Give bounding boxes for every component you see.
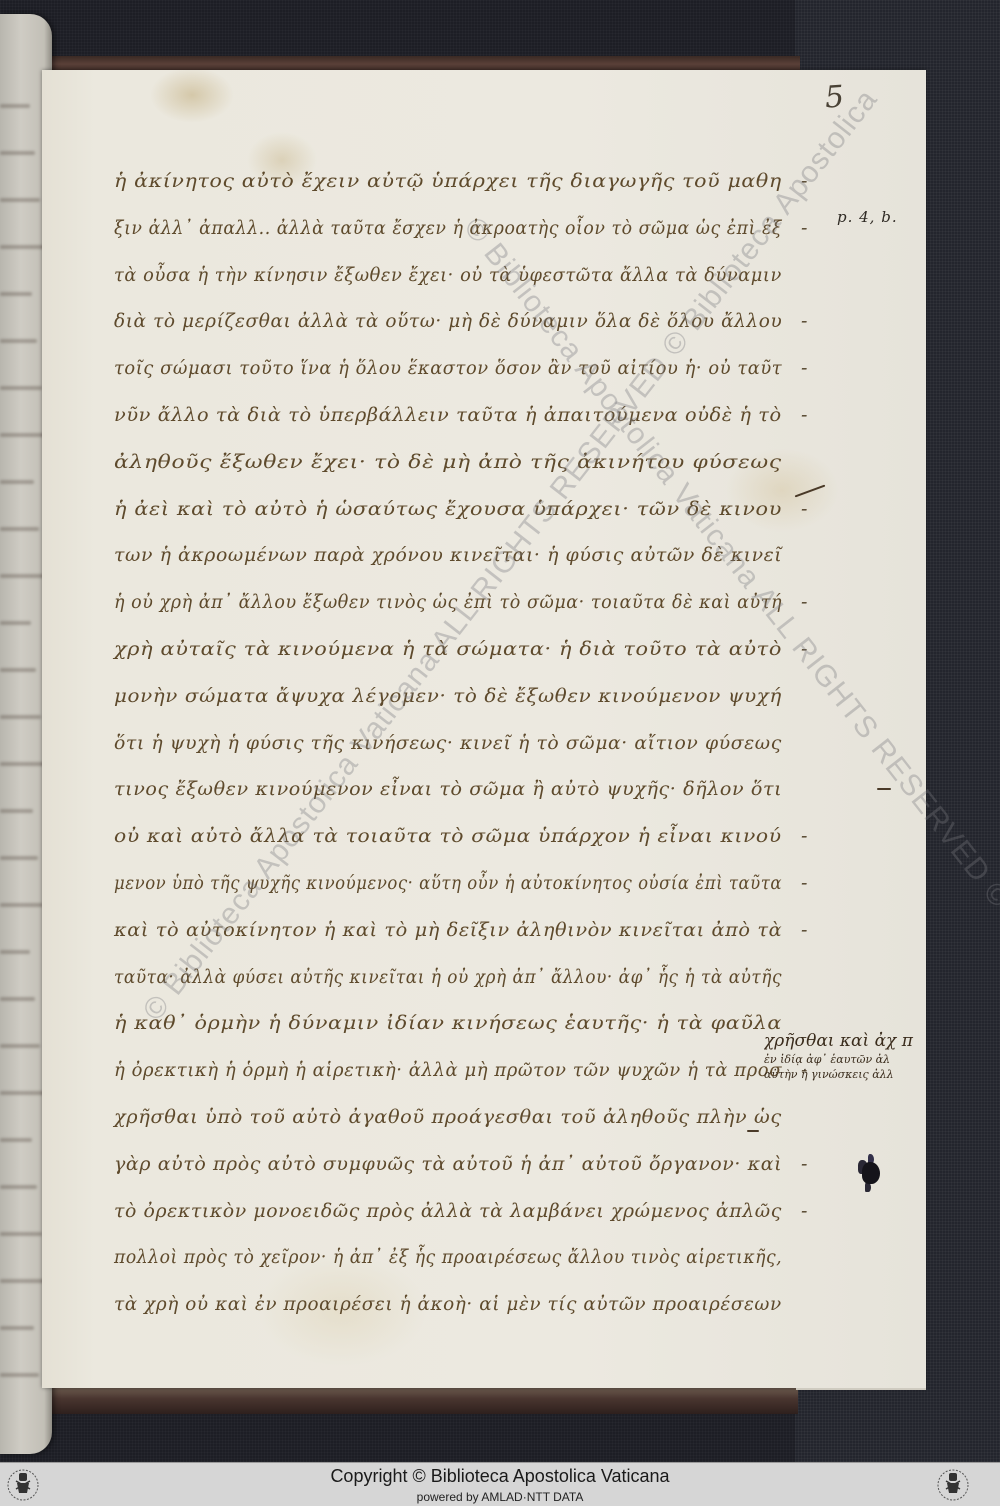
marginal-reference: p. 4, b.: [837, 208, 898, 226]
manuscript-line: χρῆσθαι ὑπὸ τοῦ αὐτὸ ἀγαθοῦ προάγεσθαι τ…: [114, 1094, 794, 1141]
facing-page-ghost-line: [0, 292, 32, 296]
manuscript-line: τὰ χρὴ οὐ καὶ ἐν προαιρέσει ἡ ἀκοὴ· αἱ μ…: [114, 1281, 794, 1328]
facing-page-ghost-line: [0, 245, 45, 249]
manuscript-line: ὅτι ἡ ψυχὴ ἡ φύσις τῆς κινήσεως· κινεῖ ἡ…: [114, 720, 794, 767]
manuscript-line-text: χρῆσθαι ὑπὸ τοῦ αὐτὸ ἀγαθοῦ προάγεσθαι τ…: [114, 1094, 782, 1141]
marginal-note-line: αὐτὴν ἡ γινώσκεις ἀλλ: [764, 1067, 934, 1082]
line-end-hyphen: -: [801, 1188, 808, 1235]
facing-page-ghost-line: [0, 480, 34, 484]
manuscript-line: ἡ καθ᾽ ὁρμὴν ἡ δύναμιν ἰδίαν κινήσεως ἑα…: [114, 1000, 794, 1047]
manuscript-line: ταῦτα· ἀλλὰ φύσει αὐτῆς κινεῖται ἡ οὐ χρ…: [114, 954, 794, 1001]
margin-pen-stroke: [795, 485, 826, 498]
facing-page-ghost-line: [0, 1232, 42, 1236]
facing-page-ghost-line: [0, 1326, 34, 1330]
facing-page-ghost-line: [0, 1185, 37, 1189]
facing-page-ghost-line: [0, 809, 33, 813]
facing-page-ghost-line: [0, 715, 41, 719]
line-end-hyphen: -: [801, 345, 808, 392]
manuscript-line-text: μενον ὑπὸ τῆς ψυχῆς κινούμενος· αὕτη οὖν…: [114, 860, 782, 907]
line-end-hyphen: -: [801, 298, 808, 345]
facing-page-ghost-line: [0, 1373, 39, 1377]
marginal-note: χρῆσθαι καὶ ἀχ π ἐν ἰδίᾳ ἀφ᾽ ἑαυτῶν ἀλ α…: [764, 1030, 934, 1082]
manuscript-line: μενον ὑπὸ τῆς ψυχῆς κινούμενος· αὕτη οὖν…: [114, 860, 794, 907]
manuscript-line: τὰ οὖσα ἡ τὴν κίνησιν ἔξωθεν ἔχει· οὐ τὰ…: [114, 252, 794, 299]
facing-page-ghost-line: [0, 151, 35, 155]
powered-by-text: powered by AMLAD·NTT DATA: [0, 1490, 1000, 1504]
facing-page-ghost-line: [0, 762, 46, 766]
facing-page-ghost-line: [0, 198, 40, 202]
facing-page-ghost-line: [0, 574, 44, 578]
manuscript-line: γὰρ αὐτὸ πρὸς αὐτὸ συμφυῶς τὰ αὐτοῦ ἡ ἀπ…: [114, 1141, 794, 1188]
manuscript-line-text: ἡ καθ᾽ ὁρμὴν ἡ δύναμιν ἰδίαν κινήσεως ἑα…: [114, 1000, 782, 1047]
manuscript-line-text: ἡ ἀκίνητος αὐτὸ ἔχειν αὐτῷ ὑπάρχει τῆς δ…: [114, 158, 782, 205]
line-end-hyphen: -: [801, 813, 808, 860]
line-end-hyphen: -: [801, 907, 808, 954]
folio-bottom-edge: [796, 1388, 926, 1390]
manuscript-line-text: ἡ ὀρεκτικὴ ἡ ὁρμὴ ἡ αἱρετικὴ· ἀλλὰ μὴ πρ…: [114, 1047, 782, 1094]
facing-page-ghost-line: [0, 104, 30, 108]
manuscript-line: τοῖς σώμασι τοῦτο ἵνα ἡ ὅλου ἕκαστον ὅσο…: [114, 345, 794, 392]
copyright-footer: Copyright © Biblioteca Apostolica Vatica…: [0, 1462, 1000, 1506]
margin-pen-stroke: [877, 788, 891, 790]
manuscript-line: τινος ἔξωθεν κινούμενον εἶναι τὸ σῶμα ἢ …: [114, 766, 794, 813]
manuscript-line-text: ὅτι ἡ ψυχὴ ἡ φύσις τῆς κινήσεως· κινεῖ ἡ…: [114, 720, 782, 767]
manuscript-line-text: πολλοὶ πρὸς τὸ χεῖρον· ἡ ἀπ᾽ ἐξ ἧς προαι…: [114, 1234, 782, 1281]
facing-page-ghost-line: [0, 433, 47, 437]
facing-page-ghost-line: [0, 1044, 40, 1048]
copyright-text: Copyright © Biblioteca Apostolica Vatica…: [0, 1466, 1000, 1487]
manuscript-line-text: γὰρ αὐτὸ πρὸς αὐτὸ συμφυῶς τὰ αὐτοῦ ἡ ἀπ…: [114, 1141, 782, 1188]
manuscript-line-text: των ἡ ἀκροωμένων παρὰ χρόνου κινεῖται· ἡ…: [114, 532, 782, 579]
manuscript-line: μονὴν σώματα ἄψυχα λέγομεν· τὸ δὲ ἔξωθεν…: [114, 673, 794, 720]
manuscript-line: πολλοὶ πρὸς τὸ χεῖρον· ἡ ἀπ᾽ ἐξ ἧς προαι…: [114, 1234, 794, 1281]
facing-page-ghost-line: [0, 903, 43, 907]
manuscript-line: ἡ ἀκίνητος αὐτὸ ἔχειν αὐτῷ ὑπάρχει τῆς δ…: [114, 158, 794, 205]
manuscript-line: τὸ ὀρεκτικὸν μονοειδῶς πρὸς ἀλλὰ τὰ λαμβ…: [114, 1188, 794, 1235]
facing-page-ghost-line: [0, 621, 31, 625]
manuscript-line: νῦν ἄλλο τὰ διὰ τὸ ὑπερβάλλειν ταῦτα ἡ ἀ…: [114, 392, 794, 439]
manuscript-line: των ἡ ἀκροωμένων παρὰ χρόνου κινεῖται· ἡ…: [114, 532, 794, 579]
vatican-library-seal-icon: [936, 1467, 970, 1503]
line-end-hyphen: -: [801, 1141, 808, 1188]
manuscript-line-text: τὰ χρὴ οὐ καὶ ἐν προαιρέσει ἡ ἀκοὴ· αἱ μ…: [114, 1281, 782, 1328]
margin-pen-stroke: [747, 1130, 759, 1132]
facing-page-ghost-line: [0, 950, 30, 954]
ink-blot: [862, 1162, 880, 1184]
manuscript-line-text: τινος ἔξωθεν κινούμενον εἶναι τὸ σῶμα ἢ …: [114, 766, 782, 813]
manuscript-line: οὐ καὶ αὐτὸ ἄλλα τὰ τοιαῦτα τὸ σῶμα ὑπάρ…: [114, 813, 794, 860]
manuscript-line-text: τὰ οὖσα ἡ τὴν κίνησιν ἔξωθεν ἔχει· οὐ τὰ…: [114, 252, 782, 299]
manuscript-line-text: νῦν ἄλλο τὰ διὰ τὸ ὑπερβάλλειν ταῦτα ἡ ἀ…: [114, 392, 782, 439]
marginal-note-line: ἐν ἰδίᾳ ἀφ᾽ ἑαυτῶν ἀλ: [764, 1052, 934, 1067]
manuscript-line-text: μονὴν σώματα ἄψυχα λέγομεν· τὸ δὲ ἔξωθεν…: [114, 673, 782, 720]
facing-page-ghost-line: [0, 527, 39, 531]
facing-page-ghost-line: [0, 668, 36, 672]
binding-bottom-edge: [28, 1388, 798, 1414]
facing-page-ghost-line: [0, 339, 37, 343]
line-end-hyphen: -: [801, 860, 808, 907]
manuscript-line-text: οὐ καὶ αὐτὸ ἄλλα τὰ τοιαῦτα τὸ σῶμα ὑπάρ…: [114, 813, 782, 860]
manuscript-line: ξιν ἀλλ᾽ ἀπαλλ.. ἀλλὰ ταῦτα ἔσχεν ἡ ἀκρο…: [114, 205, 794, 252]
facing-page-ghost-line: [0, 1091, 45, 1095]
facing-page-ghost-line: [0, 386, 42, 390]
manuscript-line-text: τὸ ὀρεκτικὸν μονοειδῶς πρὸς ἀλλὰ τὰ λαμβ…: [114, 1188, 782, 1235]
manuscript-line-text: ξιν ἀλλ᾽ ἀπαλλ.. ἀλλὰ ταῦτα ἔσχεν ἡ ἀκρο…: [114, 205, 782, 252]
facing-page-ghost-line: [0, 856, 38, 860]
line-end-hyphen: -: [801, 205, 808, 252]
facing-page-ghost-line: [0, 1138, 32, 1142]
facing-page-ghost-line: [0, 1279, 47, 1283]
marginal-note-line: χρῆσθαι καὶ ἀχ π: [764, 1030, 934, 1052]
manuscript-line: ἡ ὀρεκτικὴ ἡ ὁρμὴ ἡ αἱρετικὴ· ἀλλὰ μὴ πρ…: [114, 1047, 794, 1094]
line-end-hyphen: -: [801, 392, 808, 439]
facing-page-ghost-line: [0, 997, 35, 1001]
